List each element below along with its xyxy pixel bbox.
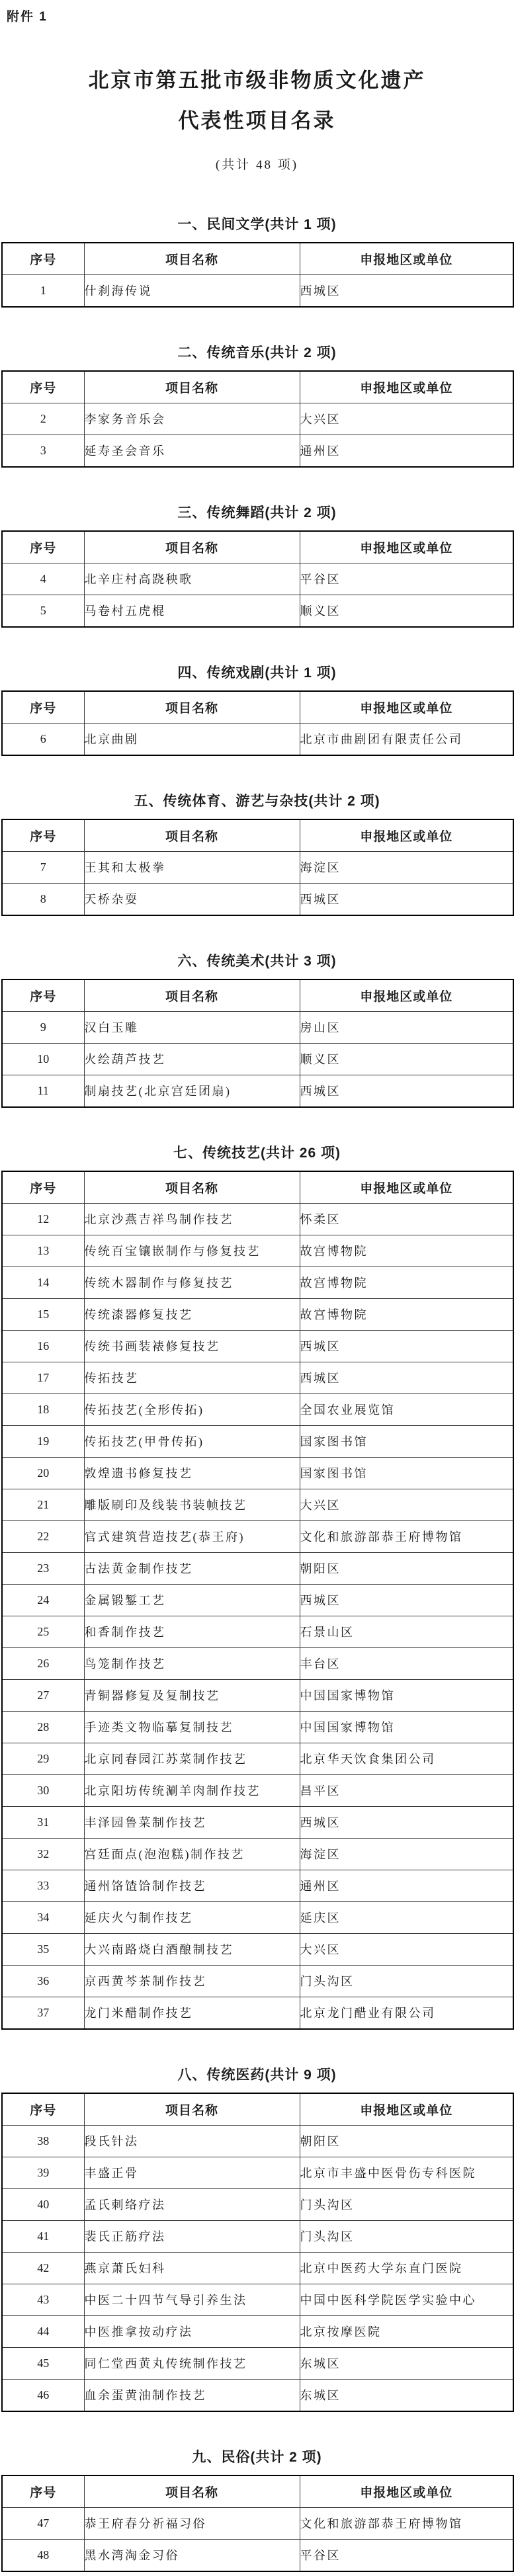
cell-project-name: 传统漆器修复技艺 [84,1298,300,1330]
table-row: 28手迹类文物临摹复制技艺中国国家博物馆 [2,1711,513,1743]
header-serial-number: 序号 [2,2093,84,2126]
cell-declaring-unit: 大兴区 [300,1489,513,1520]
cell-declaring-unit: 平谷区 [300,2539,513,2571]
table-row: 40孟氏刺络疗法门头沟区 [2,2188,513,2220]
cell-declaring-unit: 北京市曲剧团有限责任公司 [300,723,513,755]
cell-declaring-unit: 朝阳区 [300,1552,513,1584]
table-row: 39丰盛正骨北京市丰盛中医骨伤专科医院 [2,2157,513,2188]
cell-declaring-unit: 顺义区 [300,1043,513,1075]
cell-project-name: 延庆火勺制作技艺 [84,1901,300,1933]
document-title: 北京市第五批市级非物质文化遗产 代表性项目名录 [1,60,513,142]
header-serial-number: 序号 [2,1171,84,1204]
cell-project-name: 中医推拿按动疗法 [84,2315,300,2347]
cell-serial-number: 9 [2,1011,84,1043]
cell-project-name: 延寿圣会音乐 [84,435,300,467]
cell-serial-number: 18 [2,1393,84,1425]
cell-project-name: 天桥杂耍 [84,883,300,915]
header-serial-number: 序号 [2,2475,84,2508]
table-row: 12北京沙燕吉祥鸟制作技艺怀柔区 [2,1203,513,1235]
table-row: 41裴氏正筋疗法门头沟区 [2,2220,513,2252]
attachment-label: 附件 1 [7,7,513,24]
table-row: 11制扇技艺(北京宫廷团扇)西城区 [2,1075,513,1107]
cell-serial-number: 19 [2,1425,84,1457]
cell-project-name: 北辛庄村高跷秧歌 [84,563,300,595]
cell-serial-number: 8 [2,883,84,915]
table-row: 13传统百宝镶嵌制作与修复技艺故宫博物院 [2,1235,513,1267]
cell-declaring-unit: 西城区 [300,1362,513,1393]
section-heading: 三、传统舞蹈(共计 2 项) [1,502,513,522]
table-row: 18传拓技艺(全形传拓)全国农业展览馆 [2,1393,513,1425]
table-row: 29北京同春园江苏菜制作技艺北京华天饮食集团公司 [2,1743,513,1774]
cell-serial-number: 47 [2,2507,84,2539]
header-project-name: 项目名称 [84,531,300,563]
table-row: 25和香制作技艺石景山区 [2,1616,513,1647]
cell-project-name: 中医二十四节气导引养生法 [84,2284,300,2315]
cell-serial-number: 45 [2,2347,84,2379]
cell-serial-number: 48 [2,2539,84,2571]
cell-serial-number: 6 [2,723,84,755]
table-row: 4北辛庄村高跷秧歌平谷区 [2,563,513,595]
header-declaring-unit: 申报地区或单位 [300,2093,513,2126]
cell-declaring-unit: 中国国家博物馆 [300,1711,513,1743]
document-page: 附件 1 北京市第五批市级非物质文化遗产 代表性项目名录 (共计 48 项) 一… [0,0,514,2576]
total-count-subtitle: (共计 48 项) [1,155,513,173]
heritage-table: 序号项目名称申报地区或单位7王其和太极拳海淀区8天桥杂耍西城区 [1,819,514,916]
table-header-row: 序号项目名称申报地区或单位 [2,371,513,403]
cell-serial-number: 12 [2,1203,84,1235]
cell-declaring-unit: 故宫博物院 [300,1298,513,1330]
cell-serial-number: 14 [2,1267,84,1298]
header-project-name: 项目名称 [84,243,300,275]
cell-declaring-unit: 门头沟区 [300,2220,513,2252]
table-header-row: 序号项目名称申报地区或单位 [2,691,513,724]
cell-project-name: 段氏针法 [84,2125,300,2157]
cell-serial-number: 22 [2,1520,84,1552]
cell-declaring-unit: 延庆区 [300,1901,513,1933]
cell-serial-number: 40 [2,2188,84,2220]
cell-serial-number: 27 [2,1679,84,1711]
cell-serial-number: 13 [2,1235,84,1267]
cell-declaring-unit: 全国农业展览馆 [300,1393,513,1425]
cell-project-name: 恭王府春分祈福习俗 [84,2507,300,2539]
cell-project-name: 什刹海传说 [84,274,300,307]
cell-declaring-unit: 西城区 [300,1584,513,1616]
heritage-table: 序号项目名称申报地区或单位12北京沙燕吉祥鸟制作技艺怀柔区13传统百宝镶嵌制作与… [1,1171,514,2030]
section-9: 九、民俗(共计 2 项)序号项目名称申报地区或单位47恭王府春分祈福习俗文化和旅… [1,2446,513,2572]
table-row: 1什刹海传说西城区 [2,274,513,307]
cell-project-name: 宫廷面点(泡泡糕)制作技艺 [84,1838,300,1870]
table-row: 22官式建筑营造技艺(恭王府)文化和旅游部恭王府博物馆 [2,1520,513,1552]
section-heading: 八、传统医药(共计 9 项) [1,2064,513,2084]
cell-serial-number: 11 [2,1075,84,1107]
cell-project-name: 龙门米醋制作技艺 [84,1997,300,2029]
cell-declaring-unit: 国家图书馆 [300,1425,513,1457]
cell-project-name: 李家务音乐会 [84,403,300,435]
cell-project-name: 北京沙燕吉祥鸟制作技艺 [84,1203,300,1235]
cell-declaring-unit: 北京华天饮食集团公司 [300,1743,513,1774]
table-row: 5马卷村五虎棍顺义区 [2,595,513,627]
section-8: 八、传统医药(共计 9 项)序号项目名称申报地区或单位38段氏针法朝阳区39丰盛… [1,2064,513,2412]
table-row: 20敦煌遗书修复技艺国家图书馆 [2,1457,513,1489]
cell-declaring-unit: 文化和旅游部恭王府博物馆 [300,1520,513,1552]
section-heading: 二、传统音乐(共计 2 项) [1,342,513,362]
cell-serial-number: 46 [2,2379,84,2411]
cell-serial-number: 4 [2,563,84,595]
section-heading: 九、民俗(共计 2 项) [1,2446,513,2466]
cell-serial-number: 17 [2,1362,84,1393]
cell-declaring-unit: 房山区 [300,1011,513,1043]
cell-declaring-unit: 文化和旅游部恭王府博物馆 [300,2507,513,2539]
table-row: 44中医推拿按动疗法北京按摩医院 [2,2315,513,2347]
header-serial-number: 序号 [2,819,84,852]
cell-project-name: 通州饹馇饸制作技艺 [84,1870,300,1901]
cell-declaring-unit: 故宫博物院 [300,1235,513,1267]
cell-project-name: 传统木器制作与修复技艺 [84,1267,300,1298]
header-serial-number: 序号 [2,691,84,724]
cell-serial-number: 1 [2,274,84,307]
table-row: 8天桥杂耍西城区 [2,883,513,915]
header-project-name: 项目名称 [84,691,300,724]
header-declaring-unit: 申报地区或单位 [300,691,513,724]
cell-project-name: 汉白玉雕 [84,1011,300,1043]
table-header-row: 序号项目名称申报地区或单位 [2,531,513,563]
section-1: 一、民间文学(共计 1 项)序号项目名称申报地区或单位1什刹海传说西城区 [1,214,513,308]
cell-project-name: 古法黄金制作技艺 [84,1552,300,1584]
table-row: 46血余蛋黄油制作技艺东城区 [2,2379,513,2411]
cell-project-name: 黑水湾淘金习俗 [84,2539,300,2571]
sections-container: 一、民间文学(共计 1 项)序号项目名称申报地区或单位1什刹海传说西城区二、传统… [1,214,513,2572]
cell-project-name: 北京同春园江苏菜制作技艺 [84,1743,300,1774]
cell-declaring-unit: 国家图书馆 [300,1457,513,1489]
cell-declaring-unit: 北京龙门醋业有限公司 [300,1997,513,2029]
cell-project-name: 京西黄芩茶制作技艺 [84,1965,300,1997]
cell-project-name: 血余蛋黄油制作技艺 [84,2379,300,2411]
cell-declaring-unit: 海淀区 [300,1838,513,1870]
table-row: 34延庆火勺制作技艺延庆区 [2,1901,513,1933]
cell-serial-number: 25 [2,1616,84,1647]
cell-project-name: 孟氏刺络疗法 [84,2188,300,2220]
cell-project-name: 丰盛正骨 [84,2157,300,2188]
table-row: 10火绘葫芦技艺顺义区 [2,1043,513,1075]
cell-declaring-unit: 故宫博物院 [300,1267,513,1298]
cell-project-name: 和香制作技艺 [84,1616,300,1647]
cell-declaring-unit: 门头沟区 [300,1965,513,1997]
cell-serial-number: 38 [2,2125,84,2157]
cell-project-name: 丰泽园鲁菜制作技艺 [84,1806,300,1838]
cell-project-name: 青铜器修复及复制技艺 [84,1679,300,1711]
table-row: 24金属锻錾工艺西城区 [2,1584,513,1616]
cell-serial-number: 21 [2,1489,84,1520]
cell-serial-number: 31 [2,1806,84,1838]
cell-project-name: 火绘葫芦技艺 [84,1043,300,1075]
table-row: 48黑水湾淘金习俗平谷区 [2,2539,513,2571]
cell-project-name: 雕版刷印及线装书装帧技艺 [84,1489,300,1520]
cell-project-name: 燕京萧氏妇科 [84,2252,300,2284]
cell-serial-number: 30 [2,1774,84,1806]
section-heading: 六、传统美术(共计 3 项) [1,950,513,970]
cell-declaring-unit: 西城区 [300,1330,513,1362]
cell-serial-number: 42 [2,2252,84,2284]
cell-declaring-unit: 大兴区 [300,403,513,435]
table-row: 6北京曲剧北京市曲剧团有限责任公司 [2,723,513,755]
cell-serial-number: 43 [2,2284,84,2315]
cell-declaring-unit: 顺义区 [300,595,513,627]
cell-project-name: 王其和太极拳 [84,851,300,883]
header-project-name: 项目名称 [84,979,300,1012]
cell-project-name: 北京曲剧 [84,723,300,755]
cell-serial-number: 16 [2,1330,84,1362]
cell-declaring-unit: 中国国家博物馆 [300,1679,513,1711]
header-serial-number: 序号 [2,531,84,563]
cell-serial-number: 36 [2,1965,84,1997]
table-row: 26鸟笼制作技艺丰台区 [2,1647,513,1679]
cell-serial-number: 37 [2,1997,84,2029]
section-3: 三、传统舞蹈(共计 2 项)序号项目名称申报地区或单位4北辛庄村高跷秧歌平谷区5… [1,502,513,628]
document-title-line-1: 北京市第五批市级非物质文化遗产 [1,60,513,101]
cell-project-name: 制扇技艺(北京宫廷团扇) [84,1075,300,1107]
table-row: 35大兴南路烧白酒酿制技艺大兴区 [2,1933,513,1965]
cell-project-name: 同仁堂西黄丸传统制作技艺 [84,2347,300,2379]
header-project-name: 项目名称 [84,2475,300,2508]
cell-declaring-unit: 东城区 [300,2347,513,2379]
table-header-row: 序号项目名称申报地区或单位 [2,2475,513,2508]
cell-serial-number: 34 [2,1901,84,1933]
header-declaring-unit: 申报地区或单位 [300,371,513,403]
table-header-row: 序号项目名称申报地区或单位 [2,2093,513,2126]
section-7: 七、传统技艺(共计 26 项)序号项目名称申报地区或单位12北京沙燕吉祥鸟制作技… [1,1142,513,2030]
cell-declaring-unit: 昌平区 [300,1774,513,1806]
cell-project-name: 传统百宝镶嵌制作与修复技艺 [84,1235,300,1267]
table-row: 17传拓技艺西城区 [2,1362,513,1393]
cell-declaring-unit: 通州区 [300,1870,513,1901]
cell-project-name: 传拓技艺 [84,1362,300,1393]
table-row: 31丰泽园鲁菜制作技艺西城区 [2,1806,513,1838]
cell-serial-number: 44 [2,2315,84,2347]
cell-serial-number: 32 [2,1838,84,1870]
table-row: 23古法黄金制作技艺朝阳区 [2,1552,513,1584]
table-header-row: 序号项目名称申报地区或单位 [2,819,513,852]
table-row: 3延寿圣会音乐通州区 [2,435,513,467]
table-row: 36京西黄芩茶制作技艺门头沟区 [2,1965,513,1997]
cell-declaring-unit: 海淀区 [300,851,513,883]
header-declaring-unit: 申报地区或单位 [300,1171,513,1204]
table-row: 43中医二十四节气导引养生法中国中医科学院医学实验中心 [2,2284,513,2315]
table-row: 27青铜器修复及复制技艺中国国家博物馆 [2,1679,513,1711]
cell-declaring-unit: 丰台区 [300,1647,513,1679]
cell-declaring-unit: 西城区 [300,274,513,307]
cell-declaring-unit: 通州区 [300,435,513,467]
cell-declaring-unit: 石景山区 [300,1616,513,1647]
header-declaring-unit: 申报地区或单位 [300,2475,513,2508]
section-heading: 四、传统戏剧(共计 1 项) [1,662,513,682]
cell-serial-number: 5 [2,595,84,627]
cell-serial-number: 7 [2,851,84,883]
heritage-table: 序号项目名称申报地区或单位38段氏针法朝阳区39丰盛正骨北京市丰盛中医骨伤专科医… [1,2093,514,2412]
cell-serial-number: 2 [2,403,84,435]
section-2: 二、传统音乐(共计 2 项)序号项目名称申报地区或单位2李家务音乐会大兴区3延寿… [1,342,513,468]
table-row: 42燕京萧氏妇科北京中医药大学东直门医院 [2,2252,513,2284]
cell-declaring-unit: 北京中医药大学东直门医院 [300,2252,513,2284]
header-project-name: 项目名称 [84,2093,300,2126]
section-5: 五、传统体育、游艺与杂技(共计 2 项)序号项目名称申报地区或单位7王其和太极拳… [1,790,513,916]
section-4: 四、传统戏剧(共计 1 项)序号项目名称申报地区或单位6北京曲剧北京市曲剧团有限… [1,662,513,756]
cell-project-name: 裴氏正筋疗法 [84,2220,300,2252]
cell-project-name: 官式建筑营造技艺(恭王府) [84,1520,300,1552]
cell-declaring-unit: 东城区 [300,2379,513,2411]
table-row: 15传统漆器修复技艺故宫博物院 [2,1298,513,1330]
cell-project-name: 传统书画装裱修复技艺 [84,1330,300,1362]
heritage-table: 序号项目名称申报地区或单位6北京曲剧北京市曲剧团有限责任公司 [1,690,514,756]
heritage-table: 序号项目名称申报地区或单位1什刹海传说西城区 [1,242,514,308]
cell-serial-number: 3 [2,435,84,467]
section-heading: 五、传统体育、游艺与杂技(共计 2 项) [1,790,513,810]
table-row: 37龙门米醋制作技艺北京龙门醋业有限公司 [2,1997,513,2029]
table-row: 45同仁堂西黄丸传统制作技艺东城区 [2,2347,513,2379]
cell-project-name: 大兴南路烧白酒酿制技艺 [84,1933,300,1965]
cell-declaring-unit: 西城区 [300,883,513,915]
cell-project-name: 传拓技艺(全形传拓) [84,1393,300,1425]
cell-declaring-unit: 怀柔区 [300,1203,513,1235]
table-header-row: 序号项目名称申报地区或单位 [2,243,513,275]
cell-serial-number: 20 [2,1457,84,1489]
cell-declaring-unit: 西城区 [300,1075,513,1107]
cell-serial-number: 35 [2,1933,84,1965]
document-title-line-2: 代表性项目名录 [1,101,513,141]
table-row: 30北京阳坊传统涮羊肉制作技艺昌平区 [2,1774,513,1806]
cell-serial-number: 39 [2,2157,84,2188]
cell-declaring-unit: 大兴区 [300,1933,513,1965]
table-row: 14传统木器制作与修复技艺故宫博物院 [2,1267,513,1298]
cell-declaring-unit: 平谷区 [300,563,513,595]
section-heading: 七、传统技艺(共计 26 项) [1,1142,513,1162]
table-row: 47恭王府春分祈福习俗文化和旅游部恭王府博物馆 [2,2507,513,2539]
header-declaring-unit: 申报地区或单位 [300,531,513,563]
cell-serial-number: 26 [2,1647,84,1679]
cell-serial-number: 24 [2,1584,84,1616]
table-row: 33通州饹馇饸制作技艺通州区 [2,1870,513,1901]
cell-project-name: 金属锻錾工艺 [84,1584,300,1616]
header-declaring-unit: 申报地区或单位 [300,243,513,275]
cell-project-name: 手迹类文物临摹复制技艺 [84,1711,300,1743]
table-row: 19传拓技艺(甲骨传拓)国家图书馆 [2,1425,513,1457]
cell-project-name: 马卷村五虎棍 [84,595,300,627]
cell-declaring-unit: 门头沟区 [300,2188,513,2220]
heritage-table: 序号项目名称申报地区或单位9汉白玉雕房山区10火绘葫芦技艺顺义区11制扇技艺(北… [1,979,514,1108]
cell-declaring-unit: 西城区 [300,1806,513,1838]
header-serial-number: 序号 [2,371,84,403]
header-declaring-unit: 申报地区或单位 [300,979,513,1012]
cell-project-name: 北京阳坊传统涮羊肉制作技艺 [84,1774,300,1806]
cell-project-name: 敦煌遗书修复技艺 [84,1457,300,1489]
table-row: 38段氏针法朝阳区 [2,2125,513,2157]
cell-declaring-unit: 北京市丰盛中医骨伤专科医院 [300,2157,513,2188]
header-declaring-unit: 申报地区或单位 [300,819,513,852]
header-serial-number: 序号 [2,979,84,1012]
cell-serial-number: 23 [2,1552,84,1584]
cell-serial-number: 28 [2,1711,84,1743]
header-project-name: 项目名称 [84,371,300,403]
table-row: 2李家务音乐会大兴区 [2,403,513,435]
table-row: 21雕版刷印及线装书装帧技艺大兴区 [2,1489,513,1520]
heritage-table: 序号项目名称申报地区或单位47恭王府春分祈福习俗文化和旅游部恭王府博物馆48黑水… [1,2475,514,2572]
cell-serial-number: 33 [2,1870,84,1901]
header-project-name: 项目名称 [84,1171,300,1204]
cell-declaring-unit: 朝阳区 [300,2125,513,2157]
cell-declaring-unit: 北京按摩医院 [300,2315,513,2347]
cell-serial-number: 15 [2,1298,84,1330]
heritage-table: 序号项目名称申报地区或单位2李家务音乐会大兴区3延寿圣会音乐通州区 [1,370,514,468]
table-row: 32宫廷面点(泡泡糕)制作技艺海淀区 [2,1838,513,1870]
header-serial-number: 序号 [2,243,84,275]
cell-serial-number: 10 [2,1043,84,1075]
cell-project-name: 鸟笼制作技艺 [84,1647,300,1679]
section-heading: 一、民间文学(共计 1 项) [1,214,513,233]
header-project-name: 项目名称 [84,819,300,852]
heritage-table: 序号项目名称申报地区或单位4北辛庄村高跷秧歌平谷区5马卷村五虎棍顺义区 [1,530,514,628]
cell-declaring-unit: 中国中医科学院医学实验中心 [300,2284,513,2315]
cell-project-name: 传拓技艺(甲骨传拓) [84,1425,300,1457]
table-header-row: 序号项目名称申报地区或单位 [2,979,513,1012]
table-row: 9汉白玉雕房山区 [2,1011,513,1043]
section-6: 六、传统美术(共计 3 项)序号项目名称申报地区或单位9汉白玉雕房山区10火绘葫… [1,950,513,1108]
cell-serial-number: 41 [2,2220,84,2252]
table-header-row: 序号项目名称申报地区或单位 [2,1171,513,1204]
cell-serial-number: 29 [2,1743,84,1774]
table-row: 16传统书画装裱修复技艺西城区 [2,1330,513,1362]
table-row: 7王其和太极拳海淀区 [2,851,513,883]
